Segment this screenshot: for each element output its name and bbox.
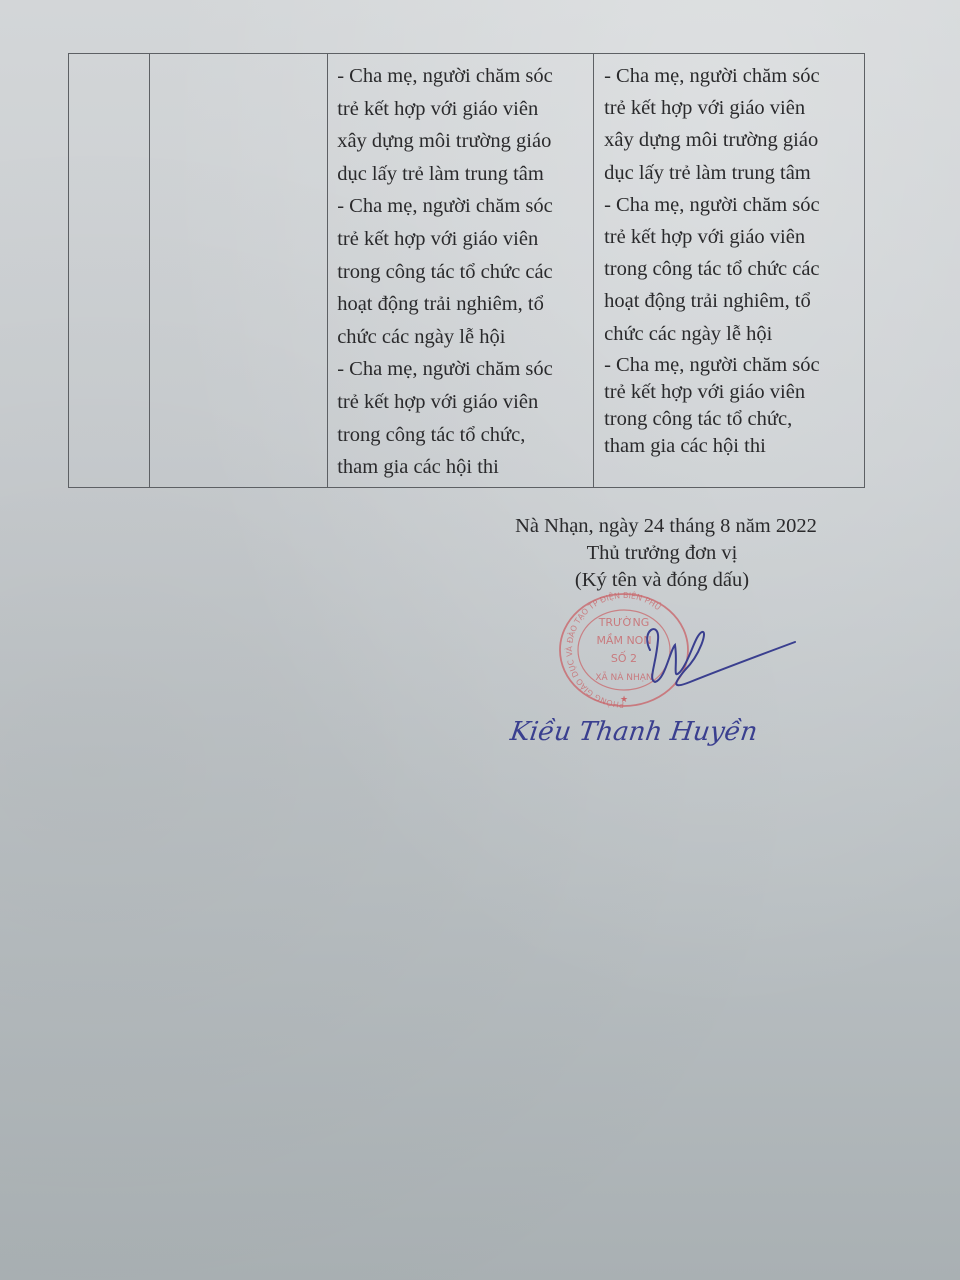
- bullet-paragraph: - Cha mẹ, người chăm sóctrẻ kết hợp với …: [337, 190, 585, 353]
- table-cell-empty-1: [69, 54, 150, 488]
- svg-text:Kiều Thanh Huyền: Kiều Thanh Huyền: [507, 717, 759, 747]
- activities-text: - Cha mẹ, người chăm sóctrẻ kết hợp với …: [328, 54, 593, 484]
- table-row: - Cha mẹ, người chăm sóctrẻ kết hợp với …: [69, 54, 865, 488]
- bullet-paragraph: - Cha mẹ, người chăm sóctrẻ kết hợp với …: [337, 60, 585, 190]
- table-cell-activities: - Cha mẹ, người chăm sóctrẻ kết hợp với …: [328, 54, 594, 488]
- results-text: - Cha mẹ, người chăm sóctrẻ kết hợp với …: [594, 54, 864, 460]
- bullet-paragraph: - Cha mẹ, người chăm sóctrẻ kết hợp với …: [337, 353, 585, 483]
- bullet-paragraph: - Cha mẹ, người chăm sóctrẻ kết hợp với …: [604, 189, 856, 350]
- bullet-paragraph: - Cha mẹ, người chăm sóctrẻ kết hợp với …: [604, 60, 856, 189]
- content-table: - Cha mẹ, người chăm sóctrẻ kết hợp với …: [68, 53, 865, 488]
- signature-scribble-icon: [630, 610, 800, 700]
- bullet-paragraph: - Cha mẹ, người chăm sóctrẻ kết hợp với …: [604, 352, 856, 460]
- table-cell-empty-2: [149, 54, 327, 488]
- signer-title: Thủ trưởng đơn vị: [462, 540, 862, 567]
- table-cell-results: - Cha mẹ, người chăm sóctrẻ kết hợp với …: [594, 54, 865, 488]
- handwritten-name: Kiều Thanh Huyền: [505, 700, 795, 760]
- signature-block: Nà Nhạn, ngày 24 tháng 8 năm 2022 Thủ tr…: [462, 513, 862, 594]
- place-date: Nà Nhạn, ngày 24 tháng 8 năm 2022: [462, 513, 862, 540]
